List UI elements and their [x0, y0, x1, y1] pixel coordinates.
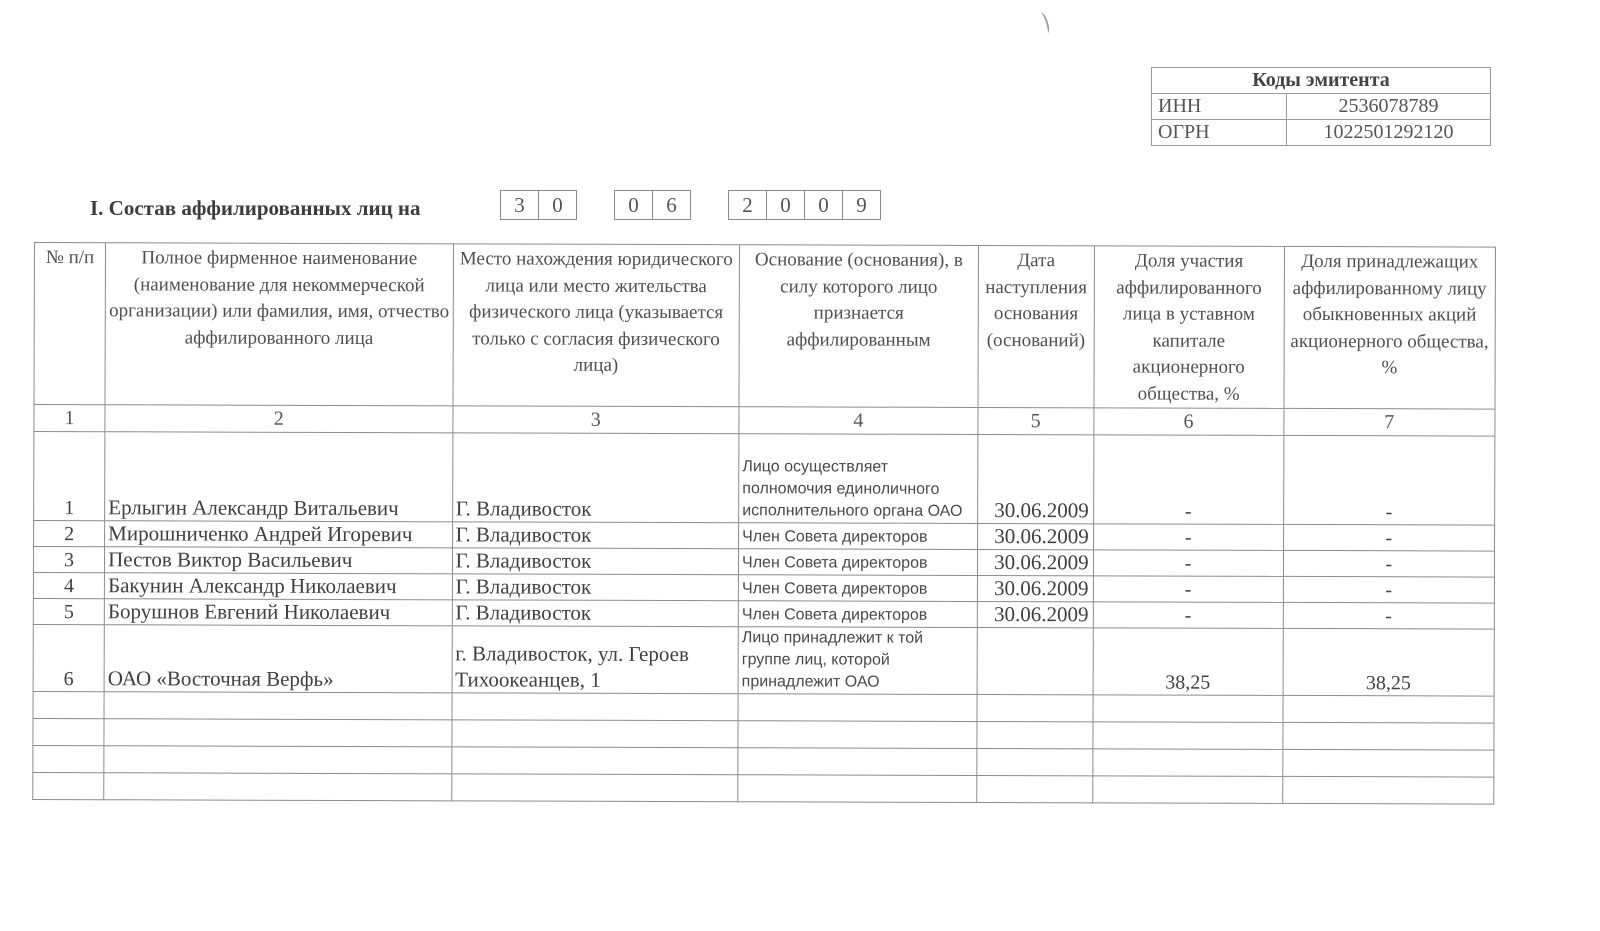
affiliate-name: Борушнов Евгений Николаевич [104, 599, 452, 626]
empty-cell [738, 694, 977, 722]
ogrn-label: ОГРН [1152, 120, 1287, 146]
affiliate-name: Бакунин Александр Николаевич [104, 573, 452, 600]
share-stock: 38,25 [1283, 628, 1495, 696]
affiliation-basis: Член Совета директоров [738, 601, 977, 628]
date-month-boxes: 0 6 [614, 190, 691, 220]
section-heading: I. Состав аффилированных лиц на [90, 196, 421, 221]
date-digit: 9 [843, 191, 880, 219]
affiliate-location: Г. Владивосток [452, 600, 739, 627]
affiliate-location: Г. Владивосток [452, 522, 739, 549]
table-row: 3 Пестов Виктор Васильевич Г. Владивосто… [33, 547, 1494, 578]
issuer-codes-table: Коды эмитента ИНН 2536078789 ОГРН 102250… [1151, 67, 1491, 146]
empty-rows [33, 691, 1494, 804]
empty-cell [977, 748, 1093, 775]
issuer-code-row-inn: ИНН 2536078789 [1152, 94, 1491, 120]
table-row: 1 Ерлыгин Александр Витальевич Г. Владив… [34, 432, 1495, 526]
affiliate-name: Мирошниченко Андрей Игоревич [105, 521, 453, 548]
affiliation-basis: Член Совета директоров [738, 575, 977, 602]
header-location: Место нахождения юридического лица или м… [453, 244, 740, 407]
empty-cell [1283, 722, 1494, 750]
empty-cell [451, 747, 738, 775]
empty-cell [33, 772, 104, 799]
issuer-codes-title: Коды эмитента [1152, 68, 1491, 94]
empty-cell [738, 775, 977, 803]
basis-date: 30.06.2009 [977, 601, 1093, 627]
empty-cell [738, 748, 977, 776]
inn-label: ИНН [1152, 94, 1287, 120]
basis-date: 30.06.2009 [977, 575, 1093, 601]
inn-value: 2536078789 [1287, 94, 1491, 120]
table-row: 6 ОАО «Восточная Верфь» г. Владивосток, … [33, 624, 1494, 696]
column-number: 6 [1094, 408, 1284, 436]
affiliation-basis: Член Совета директоров [739, 523, 978, 550]
empty-cell [1283, 695, 1494, 723]
affiliation-basis: Член Совета директоров [739, 549, 978, 576]
empty-cell [738, 721, 977, 749]
basis-date [977, 627, 1093, 694]
issuer-code-row-ogrn: ОГРН 1022501292120 [1152, 120, 1491, 146]
empty-cell [1092, 776, 1282, 804]
header-basis: Основание (основания), в силу которого л… [739, 245, 978, 408]
date-digit: 0 [615, 191, 653, 219]
date-digit: 0 [767, 191, 805, 219]
row-number: 6 [33, 624, 104, 691]
row-number: 4 [33, 572, 104, 598]
scan-artifact [1037, 11, 1051, 34]
empty-cell [451, 720, 738, 748]
empty-cell [977, 775, 1093, 802]
empty-table-row [33, 772, 1494, 804]
date-year-boxes: 2 0 0 9 [728, 190, 881, 220]
row-number: 2 [34, 521, 105, 547]
empty-cell [33, 718, 104, 745]
affiliated-persons-table: № п/п Полное фирменное наименование (наи… [32, 242, 1496, 805]
share-capital: - [1093, 602, 1283, 629]
share-capital: - [1093, 576, 1283, 603]
empty-cell [452, 693, 739, 721]
affiliate-location: Г. Владивосток [452, 548, 739, 575]
affiliation-basis: Лицо осуществляет полномочия единоличног… [739, 434, 978, 524]
basis-date: 30.06.2009 [977, 434, 1093, 523]
share-capital: 38,25 [1093, 628, 1283, 696]
header-date: Дата наступления основания (оснований) [978, 245, 1094, 407]
date-digit: 0 [539, 191, 576, 219]
affiliation-basis: Лицо принадлежит к той группе лиц, котор… [738, 627, 977, 695]
empty-cell [104, 746, 452, 774]
affiliate-location: Г. Владивосток [452, 574, 739, 601]
ogrn-value: 1022501292120 [1287, 120, 1491, 146]
share-stock: - [1283, 550, 1494, 577]
column-number: 2 [105, 405, 453, 433]
affiliate-name: Ерлыгин Александр Витальевич [105, 432, 453, 522]
empty-cell [104, 692, 452, 720]
header-number: № п/п [34, 243, 106, 405]
header-share-stock: Доля принадлежащих аффилированному лицу … [1284, 246, 1496, 409]
column-number: 4 [739, 407, 978, 435]
empty-cell [104, 773, 452, 801]
column-number: 1 [34, 405, 105, 432]
affiliate-name: Пестов Виктор Васильевич [105, 547, 453, 574]
date-digit: 2 [729, 191, 767, 219]
share-capital: - [1093, 524, 1283, 551]
basis-date: 30.06.2009 [977, 549, 1093, 575]
table-row: 5 Борушнов Евгений Николаевич Г. Владиво… [33, 598, 1494, 629]
empty-cell [33, 691, 104, 718]
share-stock: - [1283, 524, 1494, 551]
header-name: Полное фирменное наименование (наименова… [105, 243, 453, 406]
column-number: 3 [452, 406, 739, 434]
column-number: 5 [978, 407, 1094, 434]
affiliate-name: ОАО «Восточная Верфь» [104, 625, 452, 693]
column-number: 7 [1284, 408, 1495, 436]
basis-date: 30.06.2009 [977, 523, 1093, 549]
empty-cell [104, 719, 452, 747]
share-stock: - [1283, 435, 1495, 525]
table-row: 2 Мирошниченко Андрей Игоревич Г. Владив… [34, 521, 1495, 552]
table-row: 4 Бакунин Александр Николаевич Г. Владив… [33, 572, 1494, 603]
date-digit: 6 [653, 191, 690, 219]
date-digit: 3 [501, 191, 539, 219]
share-capital: - [1093, 435, 1283, 525]
empty-cell [451, 774, 738, 802]
affiliate-location: Г. Владивосток [452, 433, 739, 523]
date-digit: 0 [805, 191, 843, 219]
empty-cell [1093, 695, 1283, 723]
date-day-boxes: 3 0 [500, 190, 577, 220]
empty-cell [977, 721, 1093, 748]
row-number: 3 [33, 547, 104, 573]
empty-cell [1092, 749, 1282, 777]
share-stock: - [1283, 602, 1494, 629]
empty-cell [1282, 749, 1493, 777]
row-number: 1 [34, 432, 105, 521]
empty-cell [977, 694, 1093, 721]
table-header-row: № п/п Полное фирменное наименование (наи… [34, 243, 1496, 410]
empty-cell [1093, 722, 1283, 750]
empty-cell [1282, 776, 1493, 804]
share-capital: - [1093, 550, 1283, 577]
affiliate-location: г. Владивосток, ул. Героев Тихоокеанцев,… [452, 626, 739, 694]
row-number: 5 [33, 598, 104, 624]
header-share-capital: Доля участия аффилированного лица в уста… [1094, 246, 1284, 409]
empty-cell [33, 745, 104, 772]
share-stock: - [1283, 576, 1494, 603]
